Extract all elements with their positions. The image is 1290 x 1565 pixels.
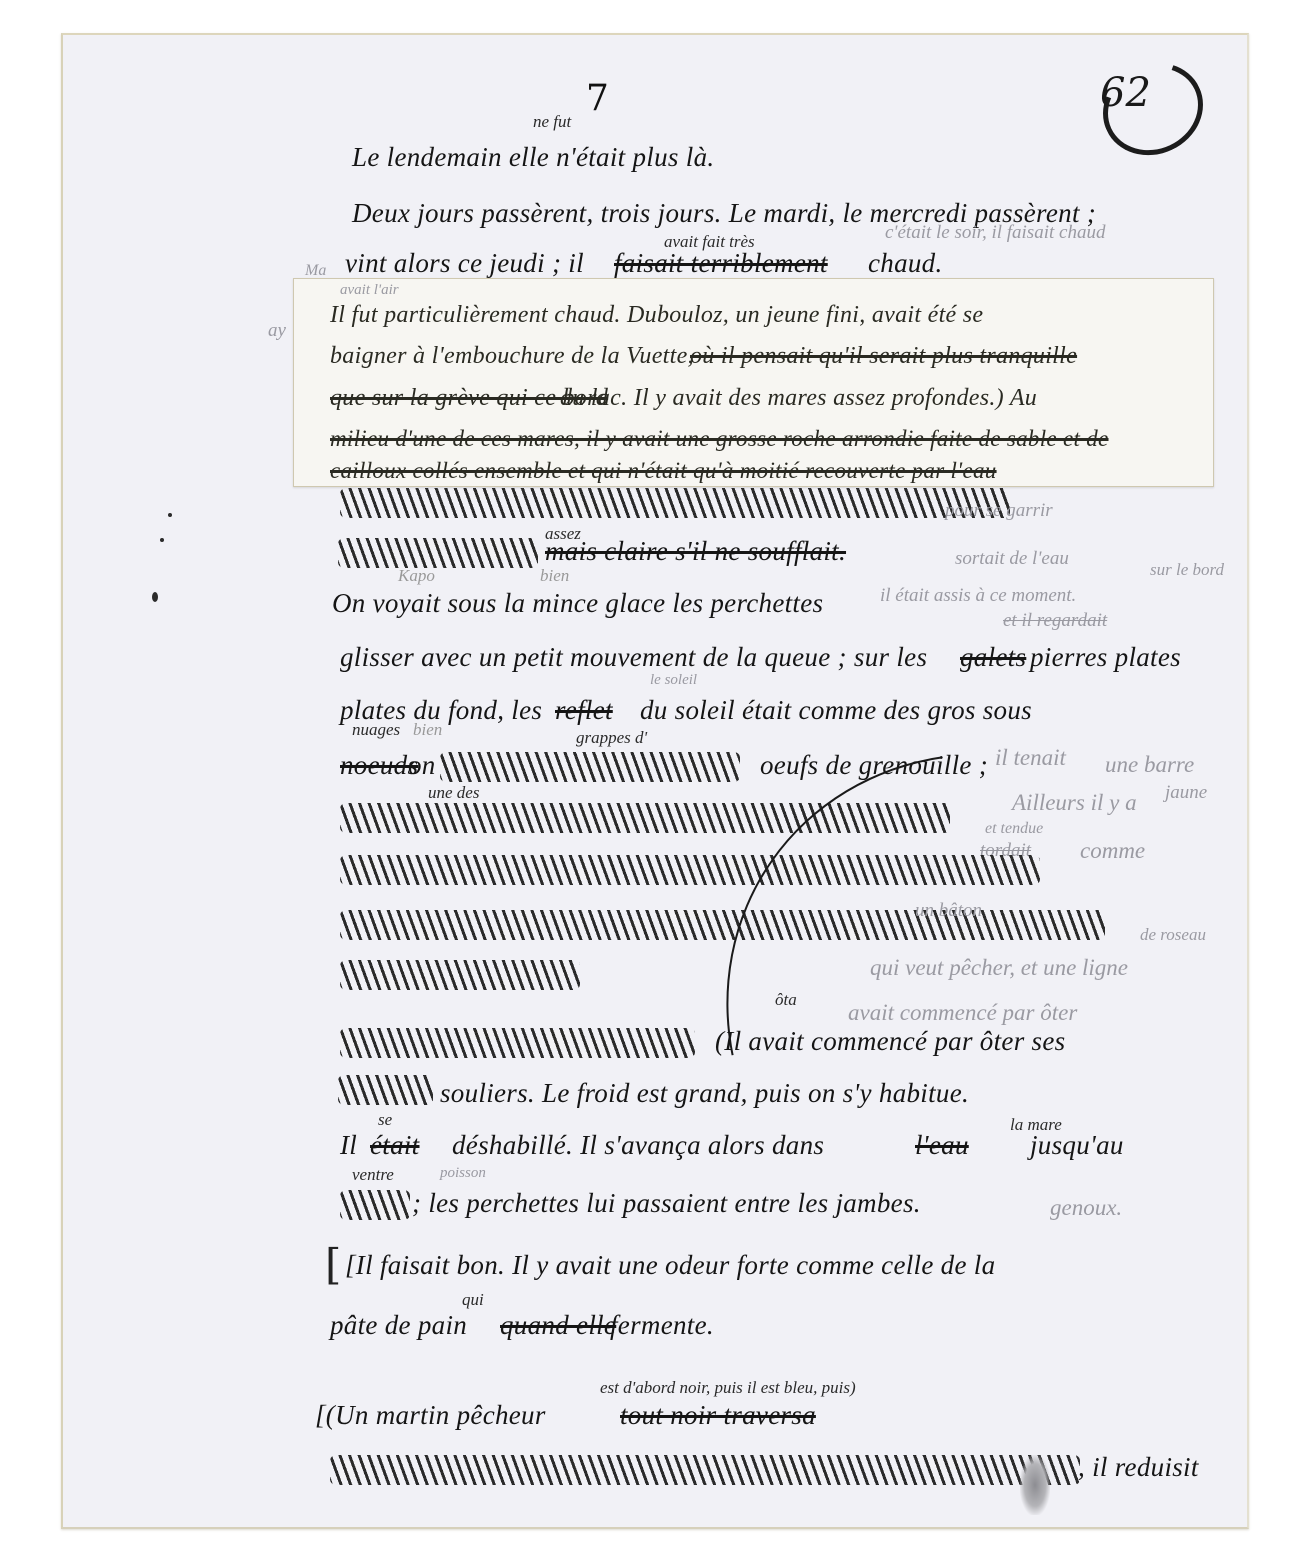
scribbled-line	[338, 538, 538, 568]
slip-line: baigner à l'embouchure de la Vuette,	[330, 343, 694, 370]
interlinear-note: Kapo	[398, 566, 435, 586]
struck-text: cailloux collés ensemble et qui n'était …	[330, 458, 997, 484]
pencil-note: ay	[268, 320, 286, 342]
text-line: Le lendemain elle n'était plus là.	[352, 142, 714, 173]
text-line: déshabillé. Il s'avança alors dans	[452, 1130, 824, 1161]
chapter-number: 7	[586, 78, 609, 119]
interlinear-note: une des	[428, 783, 479, 803]
struck-text: quand elle	[500, 1310, 616, 1341]
scribbled-line	[330, 1455, 1080, 1485]
interlinear-note: ôta	[775, 990, 797, 1010]
text-line: pâte de pain	[330, 1310, 467, 1341]
text-line: ; les perchettes lui passaient entre les…	[412, 1188, 921, 1219]
scribbled-line	[338, 1075, 433, 1105]
pencil-note: Ma	[305, 262, 326, 280]
text-line: chaud.	[868, 248, 943, 279]
pencil-note: pour se garrir	[945, 500, 1053, 522]
pencil-note: sortait de l'eau	[955, 548, 1069, 570]
text-line: [Il faisait bon. Il y avait une odeur fo…	[345, 1250, 995, 1281]
interlinear-note: ventre	[352, 1165, 394, 1185]
pencil-note: avait l'air	[340, 282, 399, 299]
interlinear-note: nuages	[352, 720, 400, 740]
text-line: on	[408, 750, 436, 781]
text-line: pierres plates	[1030, 642, 1181, 673]
interlinear-note: se	[378, 1110, 392, 1130]
pencil-note: genoux.	[1050, 1195, 1122, 1221]
slip-line: Il fut particulièrement chaud. Dubouloz,…	[330, 302, 983, 329]
scribbled-line	[340, 488, 1010, 518]
pencil-note: il était assis à ce moment.	[880, 585, 1076, 607]
struck-text: était	[370, 1130, 420, 1161]
text-line: (Il avait commencé par ôter ses	[715, 1026, 1065, 1057]
interlinear-note: bien	[413, 720, 442, 740]
scribbled-line	[440, 752, 740, 782]
text-line: On voyait sous la mince glace les perche…	[332, 588, 823, 619]
pencil-note: avait commencé par ôter	[848, 1000, 1077, 1026]
struck-text: l'eau	[915, 1130, 969, 1161]
bracket-mark: [	[325, 1240, 341, 1289]
struck-text: où il pensait qu'il serait plus tranquil…	[690, 343, 1077, 370]
pencil-note: le soleil	[650, 672, 697, 689]
pencil-note: sur le bord	[1150, 560, 1224, 580]
ink-stain	[1020, 1455, 1050, 1515]
text-line: fermente.	[610, 1310, 714, 1341]
pencil-note: jaune	[1165, 782, 1207, 804]
text-line: Il	[340, 1130, 357, 1161]
interlinear-note: est d'abord noir, puis il est bleu, puis…	[600, 1378, 856, 1398]
struck-text: faisait terriblement	[614, 248, 828, 279]
struck-text: galets	[960, 642, 1026, 673]
pencil-note: une barre	[1105, 752, 1194, 778]
pencil-note: poisson	[440, 1165, 486, 1182]
text-line: glisser avec un petit mouvement de la qu…	[340, 642, 927, 673]
text-line: , il reduisit	[1078, 1452, 1199, 1483]
slip-line: du lac. Il y avait des mares assez profo…	[560, 385, 1037, 412]
interlinear-note: grappes d'	[576, 728, 647, 748]
margin-speck	[152, 592, 158, 602]
text-line: [(Un martin pêcheur	[315, 1400, 546, 1431]
scribbled-line	[340, 1190, 410, 1220]
struck-text: reflet	[555, 695, 613, 726]
pencil-note: et il regardait	[1003, 610, 1107, 632]
interlinear-note: ne fut	[533, 112, 571, 132]
struck-text: noeuds	[340, 750, 418, 781]
text-line: du soleil était comme des gros sous	[640, 695, 1032, 726]
scribbled-line	[340, 1028, 695, 1058]
text-line: souliers. Le froid est grand, puis on s'…	[440, 1078, 969, 1109]
struck-text: tout noir traversa	[620, 1400, 816, 1431]
margin-speck	[160, 538, 164, 542]
text-line: jusqu'au	[1030, 1130, 1124, 1161]
pencil-note: c'était le soir, il faisait chaud	[885, 222, 1105, 244]
margin-speck	[168, 513, 172, 517]
struck-text: mais claire s'il ne soufflait.	[545, 536, 846, 567]
struck-text: milieu d'une de ces mares, il y avait un…	[330, 426, 1109, 452]
text-line: vint alors ce jeudi ; il	[345, 248, 584, 279]
interlinear-note: qui	[462, 1290, 484, 1310]
scribbled-line	[340, 960, 580, 990]
folio-number: 62	[1100, 70, 1151, 116]
interlinear-note: bien	[540, 566, 569, 586]
